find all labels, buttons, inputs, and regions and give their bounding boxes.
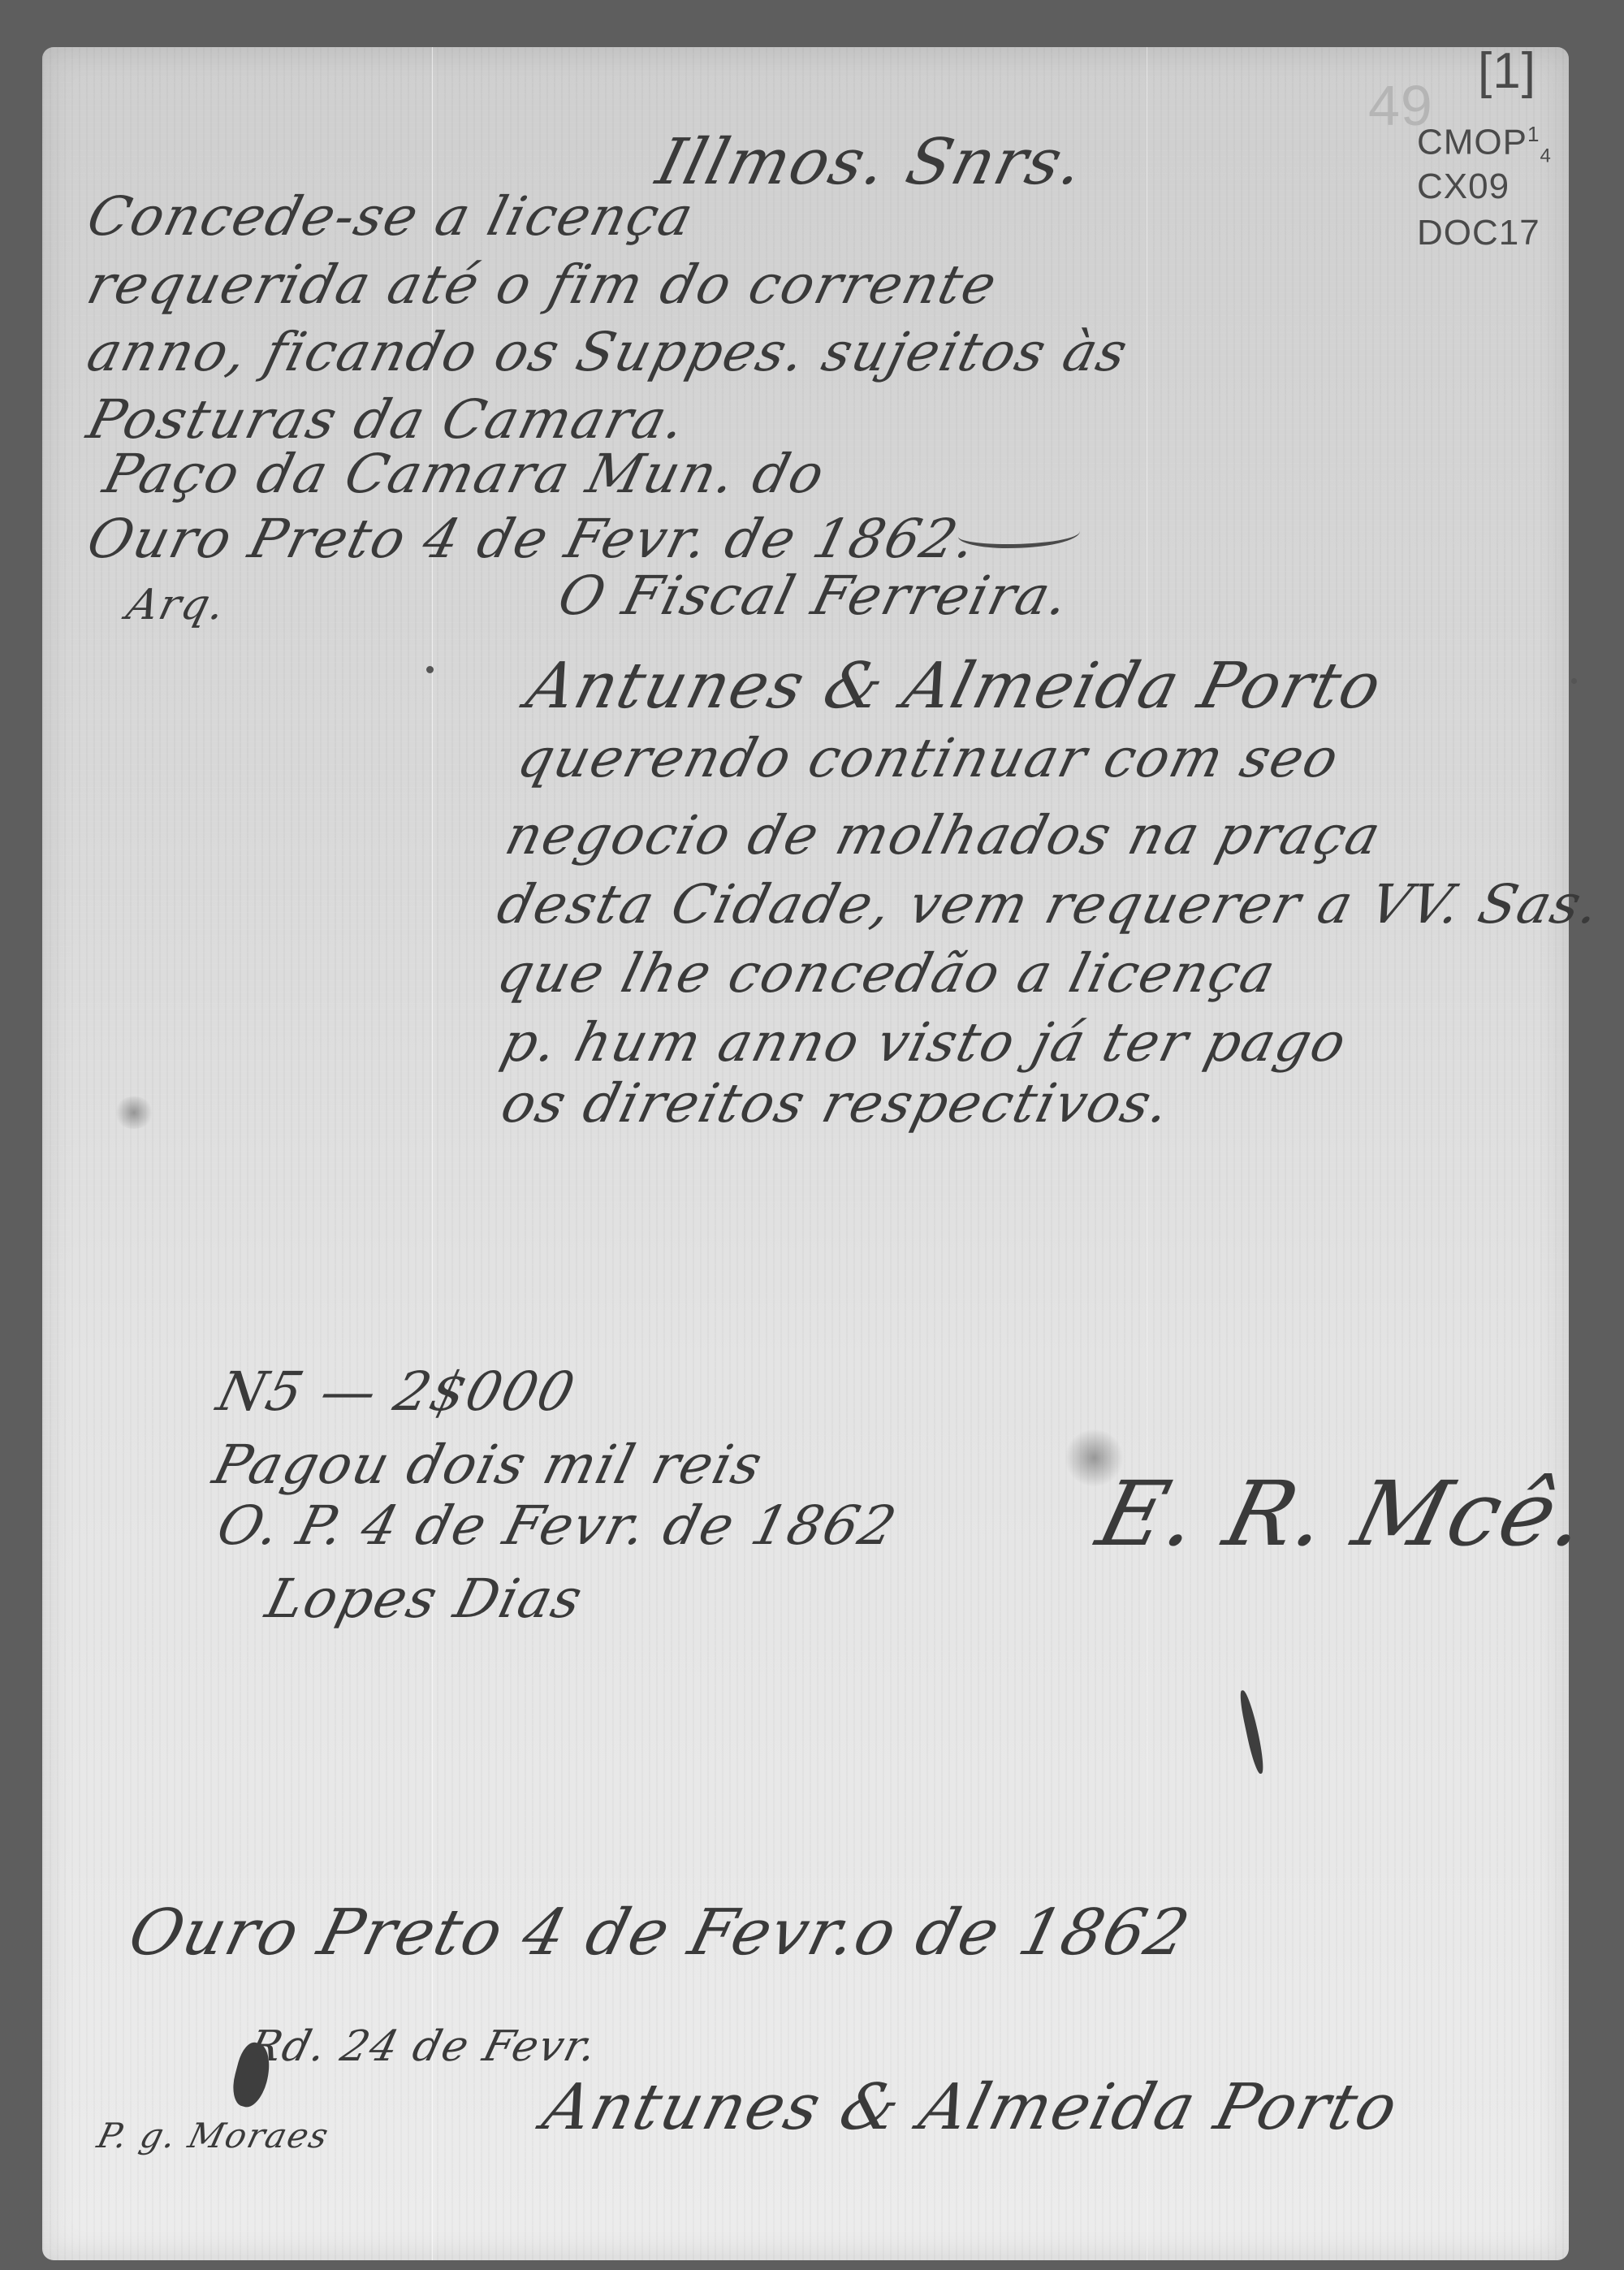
dispatch-line: Paço da Camara Mun. do (97, 443, 831, 505)
petitioner-signature: Antunes & Almeida Porto (536, 2071, 1406, 2144)
closing-formula: E. R. Mcê. (1088, 1462, 1599, 1566)
petition-line: p. hum anno visto já ter pago (495, 1011, 1354, 1074)
dispatch-line: requerida até o fim do corrente (81, 253, 1004, 316)
dispatch-date-line: Ouro Preto 4 de Fevr. de 1862. (81, 508, 984, 570)
dispatch-signature: O Fiscal Ferreira. (552, 564, 1077, 627)
marginal-note: Arq. (122, 581, 231, 629)
fond-subscript: 4 (1540, 145, 1551, 166)
archive-box: CX09 (1417, 166, 1510, 207)
receipt-line: Pagou dois mil reis (207, 1433, 770, 1496)
petition-line: que lhe concedão a licença (491, 942, 1283, 1005)
petitioner-name: Antunes & Almeida Porto (520, 650, 1389, 723)
receipt-date: O. P. 4 de Fevr. de 1862 (211, 1494, 904, 1557)
salutation: Illmos. Snrs. (650, 126, 1092, 199)
paper-stain (114, 1096, 154, 1129)
registry-note: Rd. 24 de Fevr. (244, 2022, 603, 2071)
receipt-signatures: Lopes Dias (260, 1567, 590, 1630)
footer-date-line: Ouro Preto 4 de Fevr.o de 1862 (122, 1896, 1198, 1969)
petition-line: desta Cidade, vem requerer a VV. Sas. (491, 873, 1608, 936)
petition-line: os direitos respectivos. (495, 1072, 1177, 1135)
petition-line: negocio de molhados na praça (499, 804, 1388, 867)
petition-line: querendo continuar com seo (512, 727, 1346, 789)
dispatch-line: Concede-se a licença (81, 185, 701, 248)
receipt-amount: N5 — 2$000 (211, 1360, 582, 1423)
archive-doc: DOC17 (1417, 213, 1540, 253)
page-number: [1] (1478, 42, 1536, 100)
dispatch-line: anno, ficando os Suppes. sujeitos às (81, 321, 1135, 383)
fond-superscript: 1 (1527, 122, 1540, 146)
ink-dot (426, 666, 434, 673)
clerk-note: P. g. Moraes (93, 2116, 334, 2155)
fond-code: CMOP (1417, 123, 1527, 162)
archive-fond: CMOP14 (1417, 122, 1552, 167)
dispatch-line: Posturas da Camara. (81, 388, 693, 451)
ink-dot (1571, 678, 1577, 684)
